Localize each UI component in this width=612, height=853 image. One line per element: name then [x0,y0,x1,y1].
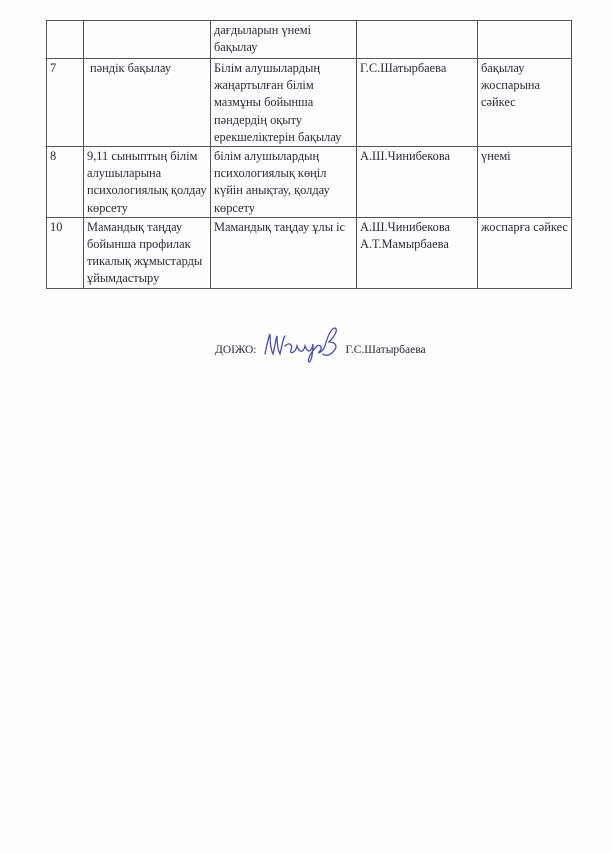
row-content: Білім алушылардың жаңартылған білім мазм… [211,59,357,147]
row-content: дағдыларын үнемі бақылау [211,21,357,59]
row-responsible: А.Ш.Чинибекова [357,147,478,218]
table-row: 7 пәндік бақылау Білім алушылардың жаңар… [47,59,572,147]
row-number: 7 [47,59,84,147]
row-title: Мамандық таңдау бойынша профилак тикалық… [84,217,211,288]
row-title: 9,11 сыныптың білім алушыларына психолог… [84,147,211,218]
plan-table: дағдыларын үнемі бақылау 7 пәндік бақыла… [46,20,572,289]
row-number [47,21,84,59]
row-deadline: жоспарға сәйкес [478,217,572,288]
table-row: 10 Мамандық таңдау бойынша профилак тика… [47,217,572,288]
row-title [84,21,211,59]
signature-block: ДОІЖО: Г.С.Шатырбаева [215,330,426,370]
row-deadline: бақылау жоспарына сәйкес [478,59,572,147]
row-number: 8 [47,147,84,218]
row-number: 10 [47,217,84,288]
row-responsible: А.Ш.Чинибекова А.Т.Мамырбаева [357,217,478,288]
signature-label: ДОІЖО: [215,344,257,356]
row-responsible [357,21,478,59]
row-content: Мамандық таңдау ұлы іс [211,217,357,288]
row-deadline [478,21,572,59]
handwritten-signature-icon [261,324,343,364]
row-content: білім алушылардың психологиялық көңіл кү… [211,147,357,218]
table-row: дағдыларын үнемі бақылау [47,21,572,59]
row-title: пәндік бақылау [84,59,211,147]
row-responsible: Г.С.Шатырбаева [357,59,478,147]
row-deadline: үнемі [478,147,572,218]
signature-name: Г.С.Шатырбаева [346,344,426,356]
table-row: 8 9,11 сыныптың білім алушыларына психол… [47,147,572,218]
